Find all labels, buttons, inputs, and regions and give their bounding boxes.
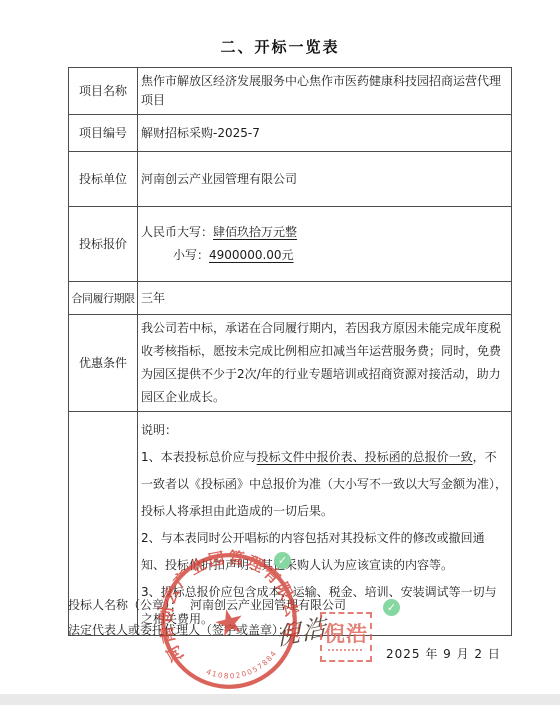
legal-rep-label: 法定代表人或委托代理人（签字或盖章）： [68,623,290,637]
table-row: 投标单位 河南创云产业园管理有限公司 [69,152,512,207]
bid-opening-table: 项目名称 焦作市解放区经济发展服务中心焦作市医药健康科技园招商运营代理项目 项目… [68,67,512,636]
bidder-name-label: 投标人名称（公章）： [68,598,182,612]
round-stamp-number-text: 4108020057884 [203,647,283,688]
document-page: 二、开标一览表 项目名称 焦作市解放区经济发展服务中心焦作市医药健康科技园招商运… [0,0,560,705]
price-in-words-value: 肆佰玖拾万元整 [213,225,297,239]
note1-prefix: 1、本表投标总价应与 [141,450,257,464]
project-name-value: 焦作市解放区经济发展服务中心焦作市医药健康科技园招商运营代理项目 [138,68,512,115]
bidder-value: 河南创云产业园管理有限公司 [138,152,512,207]
row-label-bid-price: 投标报价 [69,207,138,282]
row-label-contract-period: 合同履行期限 [69,282,138,315]
price-in-figures-line: 小写：4900000.00元 [141,244,508,267]
price-in-words-line: 人民币大写：肆佰玖拾万元整 [141,221,508,244]
check-icon: ✓ [274,552,291,569]
preferential-value: 我公司若中标，承诺在合同履行期内，若因我方原因未能完成年度税收考核指标，愿按未完… [138,315,512,412]
table-row: 项目名称 焦作市解放区经济发展服务中心焦作市医药健康科技园招商运营代理项目 [69,68,512,115]
row-label-bidder: 投标单位 [69,152,138,207]
row-label-project-name: 项目名称 [69,68,138,115]
svg-text:4108020057884: 4108020057884 [203,647,283,688]
price-in-words-label: 人民币大写： [141,225,213,239]
page-bottom-gap [0,694,560,705]
square-stamp-name: 倪浩 [324,623,368,645]
square-stamp-microtext [328,649,364,651]
notes-title: 说明： [141,417,508,444]
check-icon: ✓ [383,599,400,616]
table-row: 项目编号 解财招标采购-2025-7 [69,115,512,152]
legal-rep-line: 法定代表人或委托代理人（签字或盖章）： [68,621,290,638]
table-row: 优惠条件 我公司若中标，承诺在合同履行期内，若因我方原因未能完成年度税收考核指标… [69,315,512,412]
contract-period-value: 三年 [138,282,512,315]
date-line: 2025 年 9 月 2 日 [386,645,501,662]
personal-square-stamp: 倪浩 [320,612,372,662]
notes-item-1: 1、本表投标总价应与投标文件中报价表、投标函的总报价一致，不一致者以《投标函》中… [141,444,508,525]
bid-price-cell: 人民币大写：肆佰玖拾万元整 小写：4900000.00元 [138,207,512,282]
table-row: 合同履行期限 三年 [69,282,512,315]
price-in-figures-value: 4900000.00元 [209,248,294,262]
notes-item-2: 2、与本表同时公开唱标的内容包括对其投标文件的修改或撤回通知、投标价折扣声明、其… [141,525,508,579]
price-in-figures-label: 小写： [173,248,209,262]
page-title: 二、开标一览表 [0,36,560,57]
row-label-preferential: 优惠条件 [69,315,138,412]
note1-underlined: 投标文件中报价表、投标函的总报价一致 [257,450,473,464]
project-number-value: 解财招标采购-2025-7 [138,115,512,152]
row-label-project-number: 项目编号 [69,115,138,152]
table-row: 投标报价 人民币大写：肆佰玖拾万元整 小写：4900000.00元 [69,207,512,282]
